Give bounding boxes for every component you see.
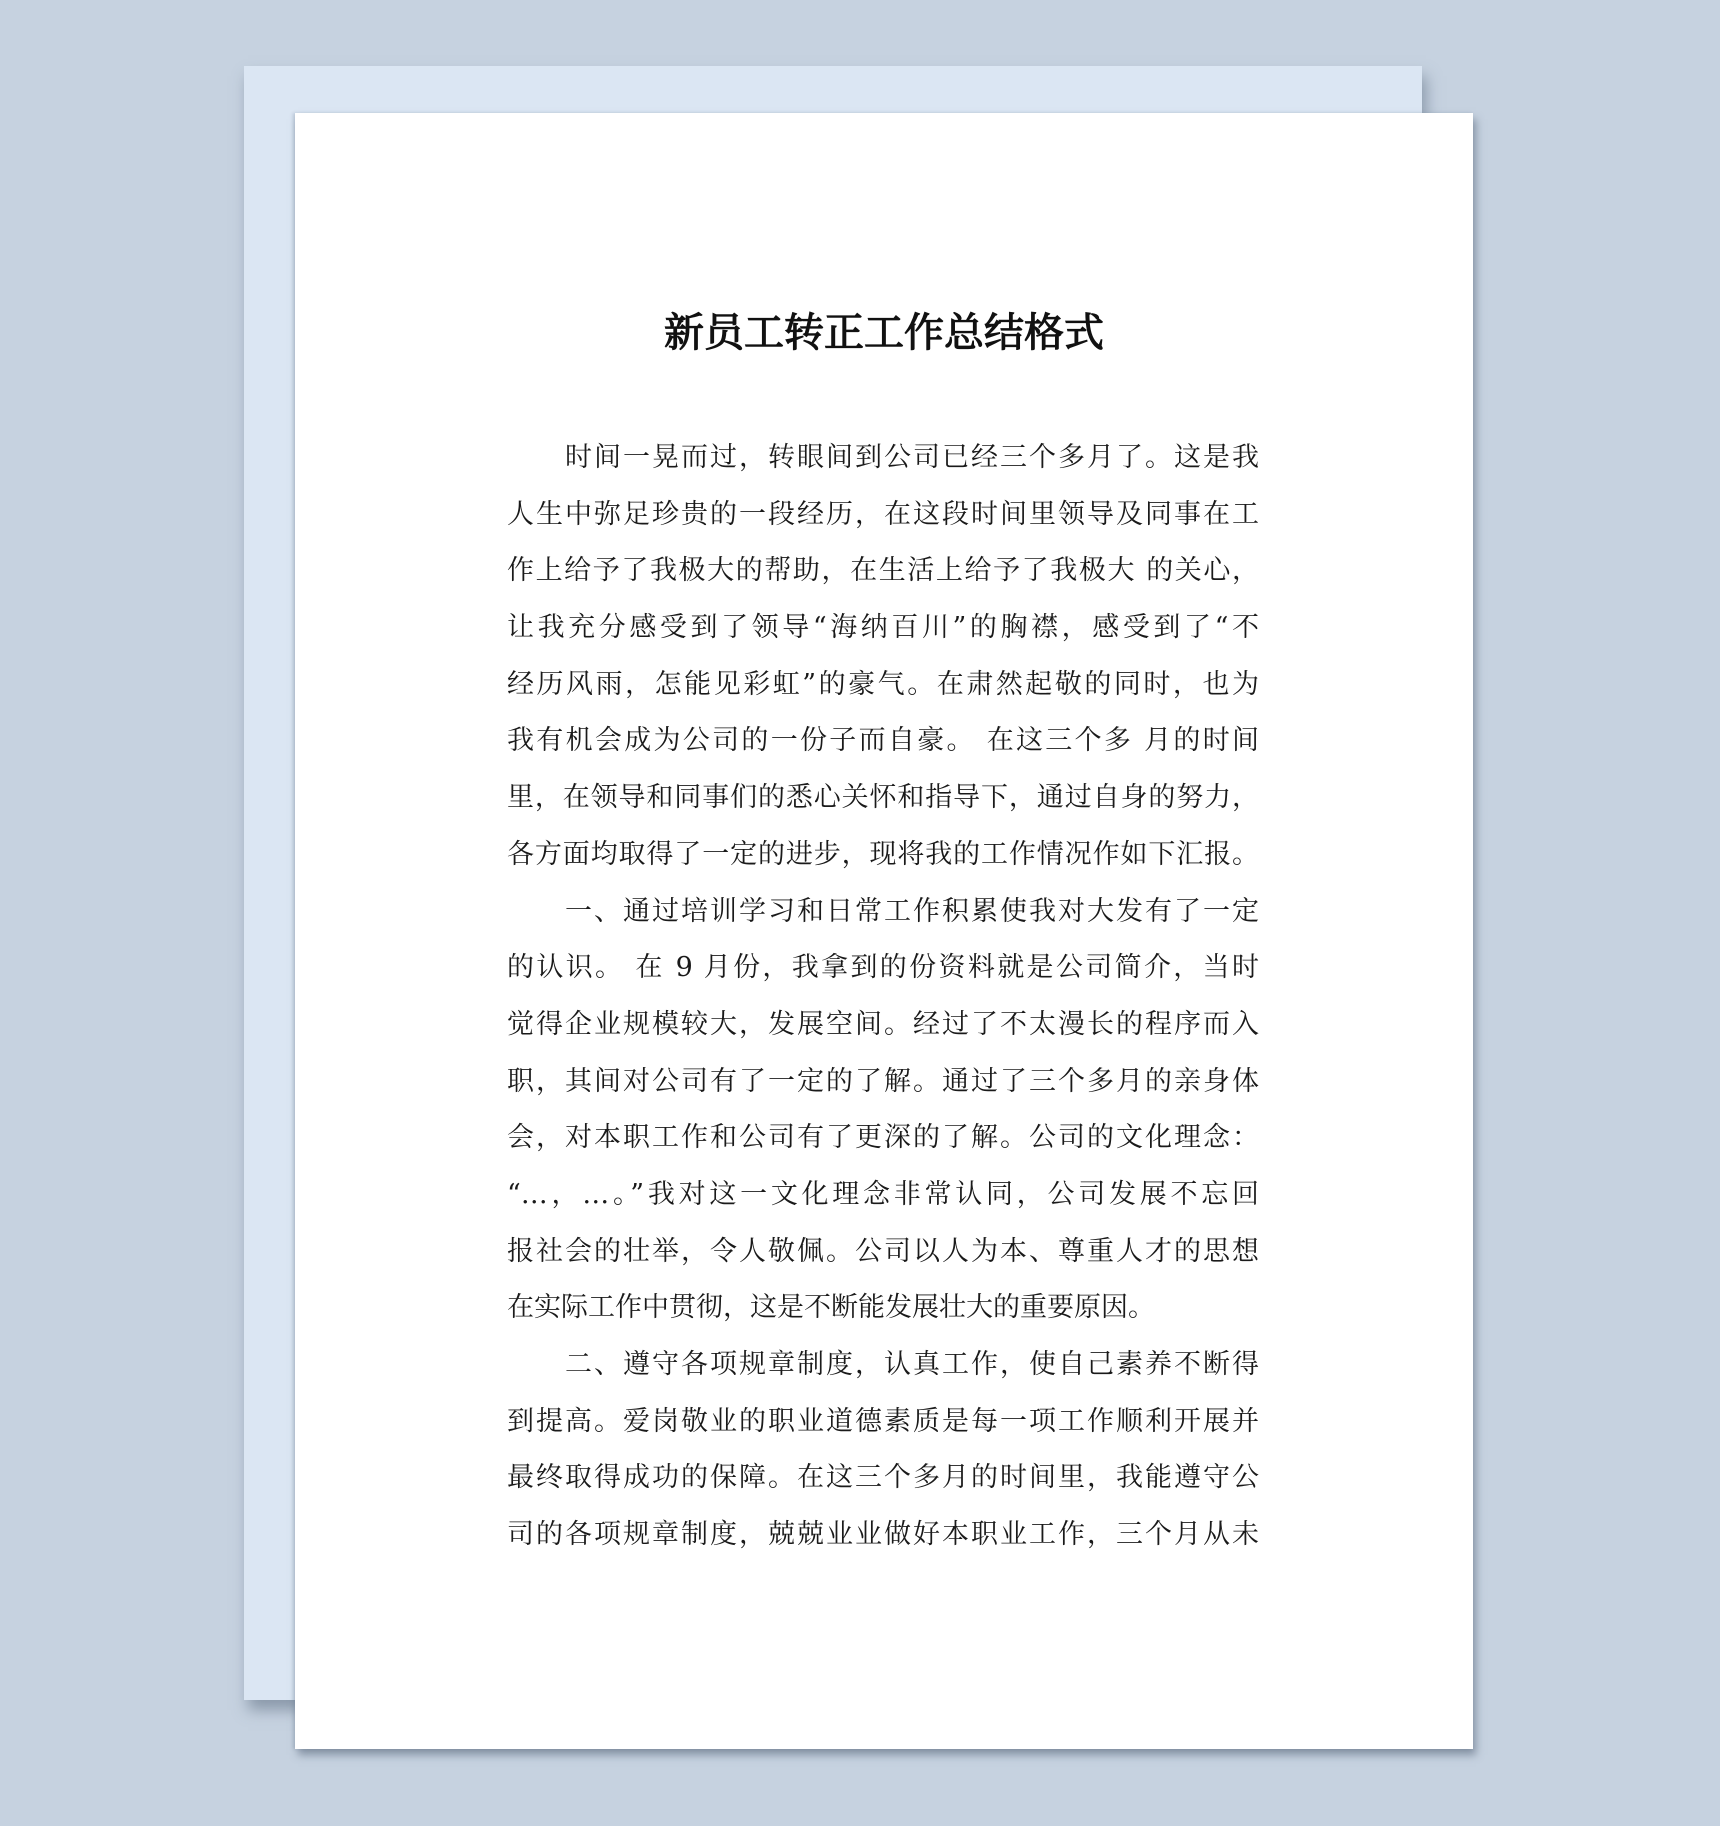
body-line: 让我充分感受到了领导“海纳百川”的胸襟，感受到了“不 bbox=[507, 600, 1259, 657]
body-line: 里，在领导和同事们的悉心关怀和指导下，通过自身的努力， bbox=[507, 770, 1259, 827]
document-page: 新员工转正工作总结格式 时间一晃而过，转眼间到公司已经三个多月了。这是我 人生中… bbox=[295, 113, 1473, 1749]
body-line: 时间一晃而过，转眼间到公司已经三个多月了。这是我 bbox=[507, 430, 1259, 487]
body-line: 职，其间对公司有了一定的了解。通过了三个多月的亲身体 bbox=[507, 1054, 1259, 1111]
body-line: 作上给予了我极大的帮助，在生活上给予了我极大 的关心， bbox=[507, 543, 1259, 600]
body-line: 到提高。爱岗敬业的职业道德素质是每一项工作顺利开展并 bbox=[507, 1394, 1259, 1451]
body-line: 各方面均取得了一定的进步，现将我的工作情况作如下汇报。 bbox=[507, 827, 1259, 884]
body-line: 我有机会成为公司的一份子而自豪。 在这三个多 月的时间 bbox=[507, 713, 1259, 770]
body-line: 人生中弥足珍贵的一段经历，在这段时间里领导及同事在工 bbox=[507, 487, 1259, 544]
body-line: “…，…。”我对这一文化理念非常认同，公司发展不忘回 bbox=[507, 1167, 1259, 1224]
body-line: 报社会的壮举，令人敬佩。公司以人为本、尊重人才的思想 bbox=[507, 1224, 1259, 1281]
body-line: 司的各项规章制度，兢兢业业做好本职业工作，三个月从未 bbox=[507, 1507, 1259, 1564]
body-line: 经历风雨，怎能见彩虹”的豪气。在肃然起敬的同时，也为 bbox=[507, 657, 1259, 714]
body-line: 一、通过培训学习和日常工作积累使我对大发有了一定 bbox=[507, 884, 1259, 941]
body-line: 二、遵守各项规章制度，认真工作，使自己素养不断得 bbox=[507, 1337, 1259, 1394]
body-line: 最终取得成功的保障。在这三个多月的时间里，我能遵守公 bbox=[507, 1450, 1259, 1507]
body-line: 觉得企业规模较大，发展空间。经过了不太漫长的程序而入 bbox=[507, 997, 1259, 1054]
body-line: 会，对本职工作和公司有了更深的了解。公司的文化理念： bbox=[507, 1110, 1259, 1167]
body-line: 在实际工作中贯彻，这是不断能发展壮大的重要原因。 bbox=[507, 1280, 1259, 1337]
document-body: 时间一晃而过，转眼间到公司已经三个多月了。这是我 人生中弥足珍贵的一段经历，在这… bbox=[507, 430, 1259, 1564]
body-line: 的认识。 在 9 月份，我拿到的份资料就是公司简介，当时 bbox=[507, 940, 1259, 997]
document-title: 新员工转正工作总结格式 bbox=[295, 309, 1473, 357]
